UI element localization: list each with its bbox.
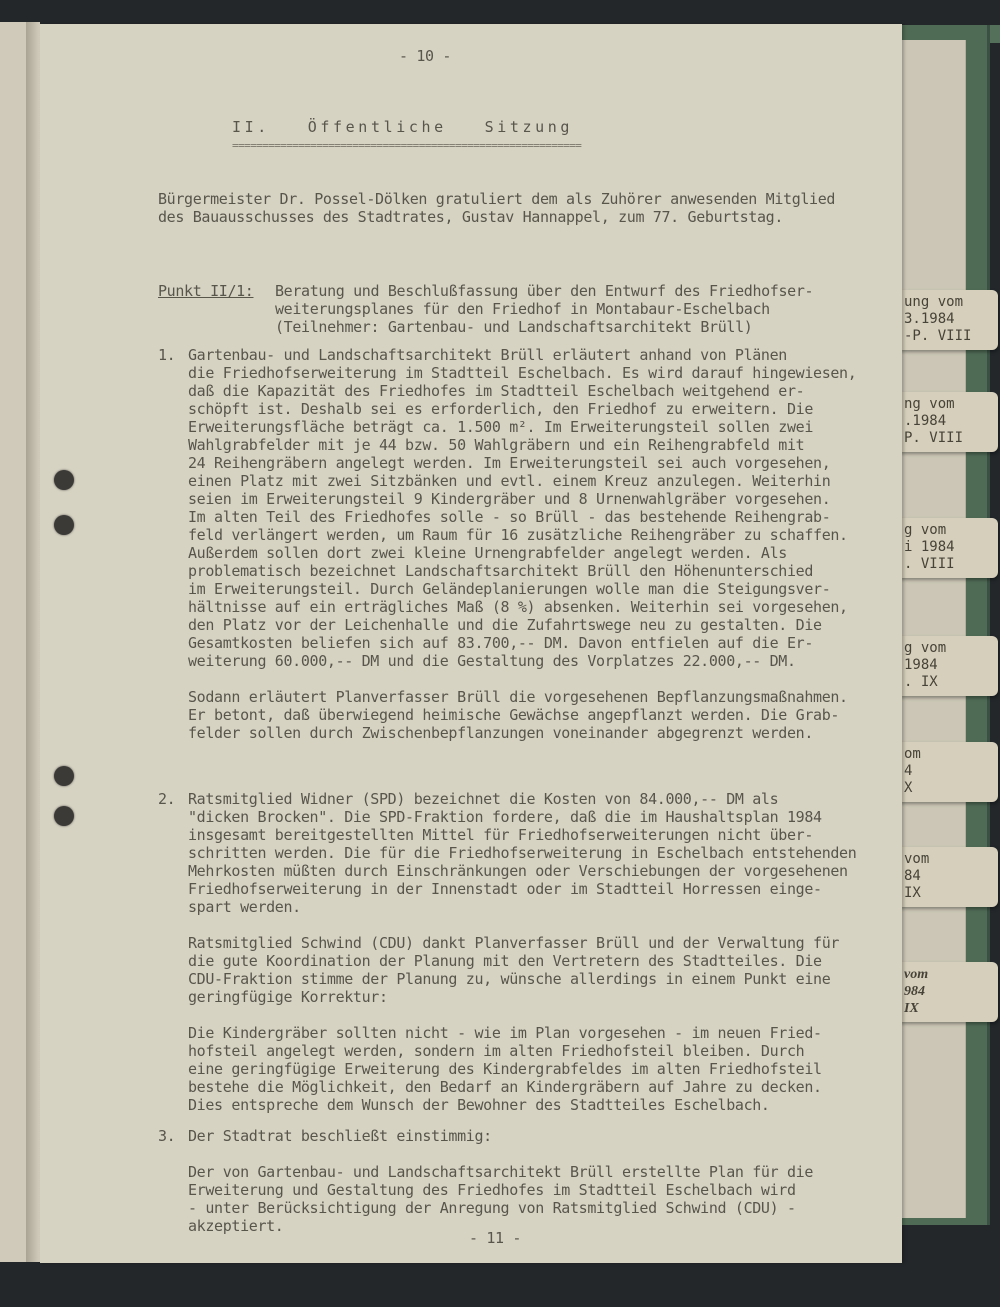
index-tab[interactable]: ng vom .1984 P. VIII	[900, 392, 998, 452]
point-paragraph: Gartenbau- und Landschaftsarchitekt Brül…	[188, 346, 856, 670]
point-number: 1.	[158, 346, 175, 364]
agenda-item-label: Punkt II/1:	[158, 282, 254, 300]
index-tab[interactable]: g vom 1984 . IX	[900, 636, 998, 696]
section-heading: II. Öffentliche Sitzung	[232, 118, 573, 136]
punch-hole	[54, 515, 74, 535]
section-rule: ========================================…	[232, 137, 581, 155]
underlying-pages	[897, 40, 966, 1218]
point-paragraph: Ratsmitglied Schwind (CDU) dankt Planver…	[188, 934, 839, 1006]
point-paragraph: Sodann erläutert Planverfasser Brüll die…	[188, 688, 848, 742]
point-paragraph: Der Stadtrat beschließt einstimmig:	[188, 1127, 492, 1145]
index-tab[interactable]: vom 984 IX	[900, 962, 998, 1022]
point-paragraph: Ratsmitglied Widner (SPD) bezeichnet die…	[188, 790, 856, 916]
intro-paragraph: Bürgermeister Dr. Possel-Dölken gratulie…	[158, 190, 835, 226]
index-tab[interactable]: g vom i 1984 . VIII	[900, 518, 998, 578]
point-paragraph: Der von Gartenbau- und Landschaftsarchit…	[188, 1163, 813, 1235]
punch-hole	[54, 470, 74, 490]
point-number: 3.	[158, 1127, 175, 1145]
index-tab[interactable]: om 4 X	[900, 742, 998, 802]
point-paragraph: Die Kindergräber sollten nicht - wie im …	[188, 1024, 822, 1114]
point-number: 2.	[158, 790, 175, 808]
document-page: - 10 - II. Öffentliche Sitzung =========…	[40, 24, 902, 1263]
page-number-bottom: - 11 -	[40, 1229, 950, 1247]
index-tab[interactable]: vom 84 IX	[900, 847, 998, 907]
punch-hole	[54, 766, 74, 786]
binder-spine-shadow	[26, 22, 40, 1262]
index-tab[interactable]: ung vom 3.1984 -P. VIII	[900, 290, 998, 350]
agenda-item-title: Beratung und Beschlußfassung über den En…	[275, 282, 813, 336]
punch-hole	[54, 806, 74, 826]
page-number-top: - 10 -	[40, 47, 810, 65]
